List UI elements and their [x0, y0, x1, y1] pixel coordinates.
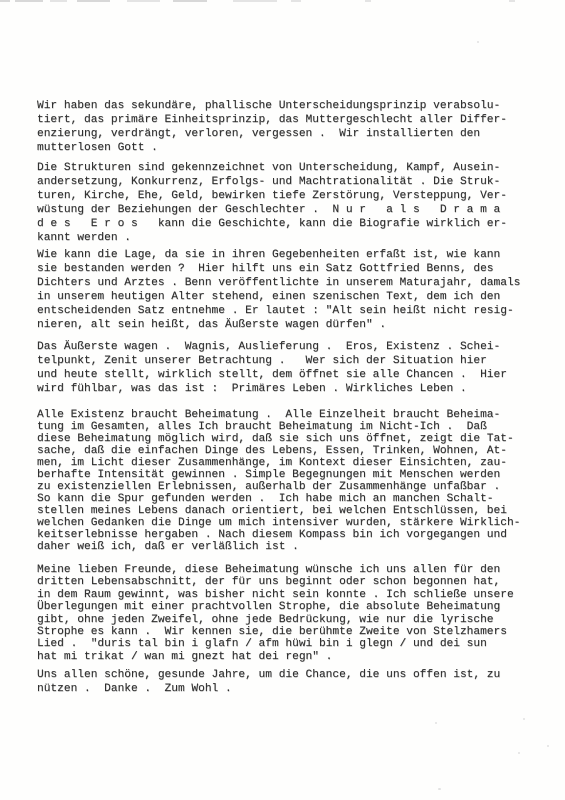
- paragraph-6: Meine lieben Freunde, diese Beheimatung …: [37, 564, 514, 663]
- paragraph-1: Wir haben das sekundäre, phallische Unte…: [37, 99, 507, 155]
- scan-mark: [127, 0, 160, 2]
- speckle: [477, 41, 479, 43]
- scan-mark: [0, 0, 10, 2]
- paragraph-7: Uns allen schöne, gesunde Jahre, um die …: [37, 668, 500, 696]
- scan-mark: [15, 0, 43, 2]
- scan-mark: [233, 0, 277, 2]
- paragraph-5: Alle Existenz braucht Beheimatung . Alle…: [37, 409, 520, 553]
- scan-mark: [509, 0, 515, 2]
- paragraph-4: Das Äußerste wagen . Wagnis, Auslieferun…: [37, 340, 507, 396]
- scan-mark: [365, 0, 371, 2]
- scan-mark: [50, 0, 67, 2]
- speckle: [518, 752, 520, 754]
- speckle: [547, 745, 549, 747]
- speckle: [438, 788, 441, 790]
- speckle: [523, 718, 525, 720]
- paragraph-3: Wie kann die Lage, da sie in ihren Gegeb…: [37, 248, 520, 332]
- scan-mark: [173, 0, 207, 2]
- paragraph-2: Die Strukturen sind gekennzeichnet von U…: [37, 161, 507, 245]
- scan-mark: [77, 0, 110, 2]
- document-page: Wir haben das sekundäre, phallische Unte…: [0, 0, 565, 800]
- scan-mark: [291, 0, 301, 2]
- speckle: [435, 722, 437, 724]
